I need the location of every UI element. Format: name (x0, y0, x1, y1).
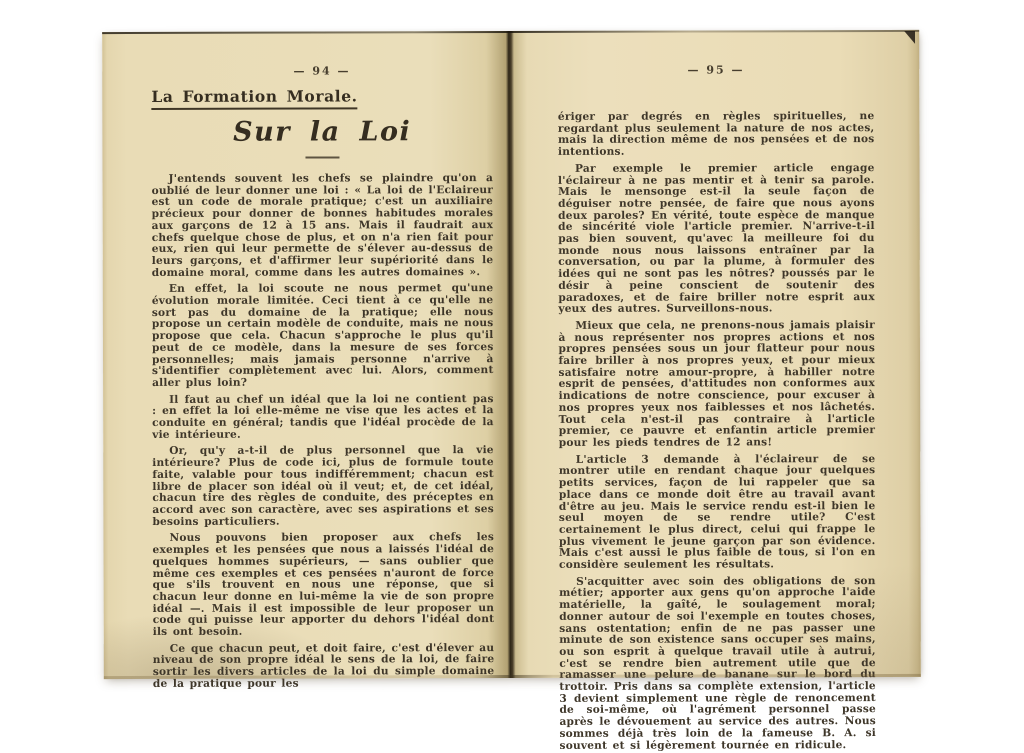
paragraph: L'article 3 demande à l'éclaireur de se … (559, 454, 876, 572)
page-number-left: — 94 — (151, 64, 493, 78)
paragraph: S'acquitter avec soin des obligations de… (559, 576, 876, 724)
page-number-right: — 95 — (558, 63, 875, 77)
right-page-body: ériger par degrés en règles spirituelles… (558, 111, 876, 724)
page-left: — 94 — La Formation Morale. Sur la Loi J… (102, 31, 512, 679)
paragraph: J'entends souvent les chefs se plaindre … (152, 173, 494, 279)
paragraph: Par exemple le premier article engage l'… (558, 163, 875, 316)
paragraph: Or, qu'y a-t-il de plus personnel que la… (152, 446, 494, 529)
section-header: La Formation Morale. (151, 86, 357, 110)
title-rule (305, 156, 339, 158)
paragraph: En effet, la loi scoute ne nous permet q… (152, 283, 494, 389)
scan-background: { "colors": { "page_paper": "#eadeba", "… (0, 0, 1024, 724)
paragraph: Mieux que cela, ne prenons-nous jamais p… (558, 320, 875, 450)
paragraph: Ce que chacun peut, et doit faire, c'est… (153, 643, 495, 691)
article-title: Sur la Loi (151, 116, 493, 148)
paragraph-continuation: ériger par degrés en règles spirituelles… (558, 111, 875, 159)
left-page-body: J'entends souvent les chefs se plaindre … (152, 173, 495, 690)
section-header-row: La Formation Morale. (151, 86, 493, 110)
book-spread: — 94 — La Formation Morale. Sur la Loi J… (102, 30, 921, 679)
page-right: — 95 — ériger par degrés en règles spiri… (511, 30, 921, 678)
paragraph: Il faut au chef un idéal que la loi ne c… (152, 394, 494, 442)
paragraph: Nous pouvons bien proposer aux chefs les… (152, 532, 494, 638)
